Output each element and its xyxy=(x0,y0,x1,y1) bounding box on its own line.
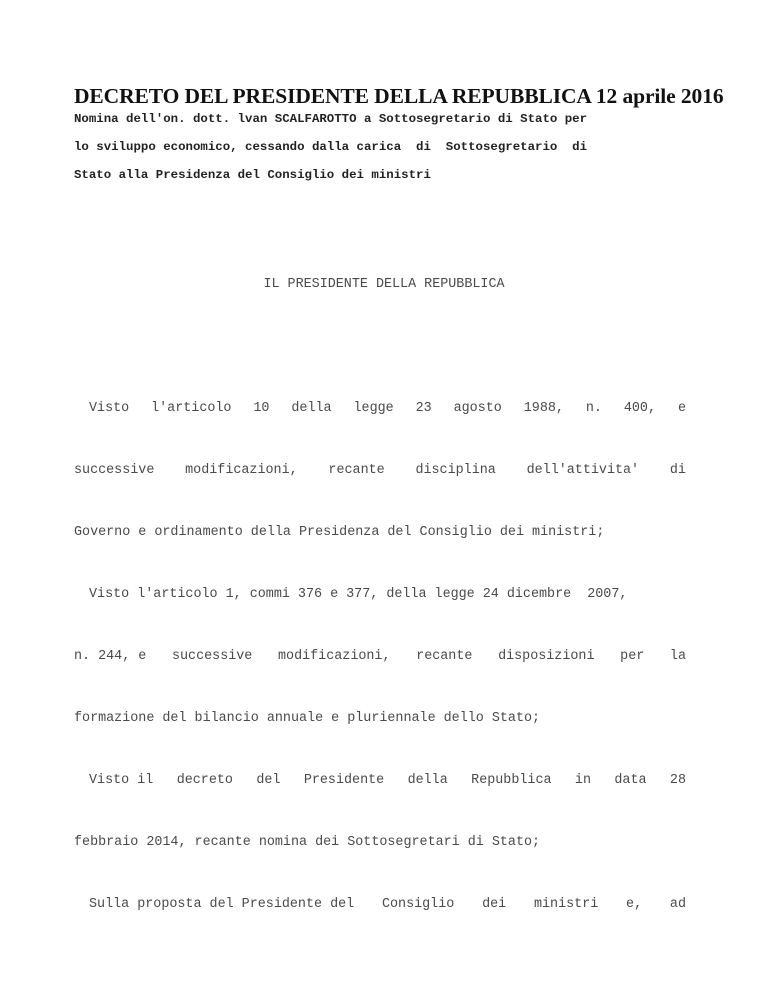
word: dell'attivita' xyxy=(527,463,640,478)
body-line-6: formazione del bilancio annuale e plurie… xyxy=(74,711,686,726)
word: Visto il xyxy=(89,773,153,788)
word: e, xyxy=(626,897,642,912)
word: 1988, xyxy=(524,401,564,416)
body-line-5: n. 244, e successive modificazioni, reca… xyxy=(74,649,686,664)
word: modificazioni, xyxy=(185,463,298,478)
word: della xyxy=(291,401,331,416)
subtitle-line-1: Nomina dell'on. dott. lvan SCALFAROTTO a… xyxy=(74,112,660,126)
word: di xyxy=(670,463,686,478)
word: data xyxy=(614,773,646,788)
body-line-9: Sulla proposta del Presidente del Consig… xyxy=(89,897,686,912)
word: 400, xyxy=(624,401,656,416)
word: ministri xyxy=(534,897,598,912)
word: legge xyxy=(354,401,394,416)
word: Visto xyxy=(89,401,129,416)
word: dei xyxy=(482,897,506,912)
text: Visto l'articolo 1, commi 376 e 377, del… xyxy=(89,587,627,602)
word: in xyxy=(575,773,591,788)
word: Repubblica xyxy=(471,773,551,788)
text: febbraio 2014, recante nomina dei Sottos… xyxy=(74,835,540,850)
body-line-4: Visto l'articolo 1, commi 376 e 377, del… xyxy=(89,587,686,602)
word: agosto xyxy=(454,401,502,416)
word: della xyxy=(408,773,448,788)
decree-title: DECRETO DEL PRESIDENTE DELLA REPUBBLICA … xyxy=(74,84,724,109)
word: ad xyxy=(670,897,686,912)
word: recante xyxy=(416,649,472,664)
word: successive xyxy=(74,463,154,478)
word: successive xyxy=(172,649,252,664)
word: la xyxy=(670,649,686,664)
word: l'articolo xyxy=(151,401,231,416)
body-line-8: febbraio 2014, recante nomina dei Sottos… xyxy=(74,835,686,850)
word: del xyxy=(256,773,280,788)
word: disciplina xyxy=(415,463,495,478)
word: Consiglio xyxy=(382,897,454,912)
word: n. 244, e xyxy=(74,649,146,664)
word: 10 xyxy=(253,401,269,416)
word: disposizioni xyxy=(498,649,594,664)
word: per xyxy=(620,649,644,664)
body-line-2: successive modificazioni, recante discip… xyxy=(74,463,686,478)
word: 23 xyxy=(416,401,432,416)
word: e xyxy=(678,401,686,416)
text: Governo e ordinamento della Presidenza d… xyxy=(74,525,604,540)
section-heading: IL PRESIDENTE DELLA REPUBBLICA xyxy=(0,277,768,292)
word: modificazioni, xyxy=(278,649,391,664)
subtitle-line-2: lo sviluppo economico, cessando dalla ca… xyxy=(74,140,660,154)
subtitle-line-3: Stato alla Presidenza del Consiglio dei … xyxy=(74,168,660,182)
text: formazione del bilancio annuale e plurie… xyxy=(74,711,540,726)
word: n. xyxy=(586,401,602,416)
body-line-3: Governo e ordinamento della Presidenza d… xyxy=(74,525,686,540)
word: 28 xyxy=(670,773,686,788)
word: Sulla proposta del Presidente del xyxy=(89,897,354,912)
word: Presidente xyxy=(304,773,384,788)
word: decreto xyxy=(177,773,233,788)
word: recante xyxy=(328,463,384,478)
body-line-1: Visto l'articolo 10 della legge 23 agost… xyxy=(89,401,686,416)
body-line-7: Visto il decreto del Presidente della Re… xyxy=(89,773,686,788)
